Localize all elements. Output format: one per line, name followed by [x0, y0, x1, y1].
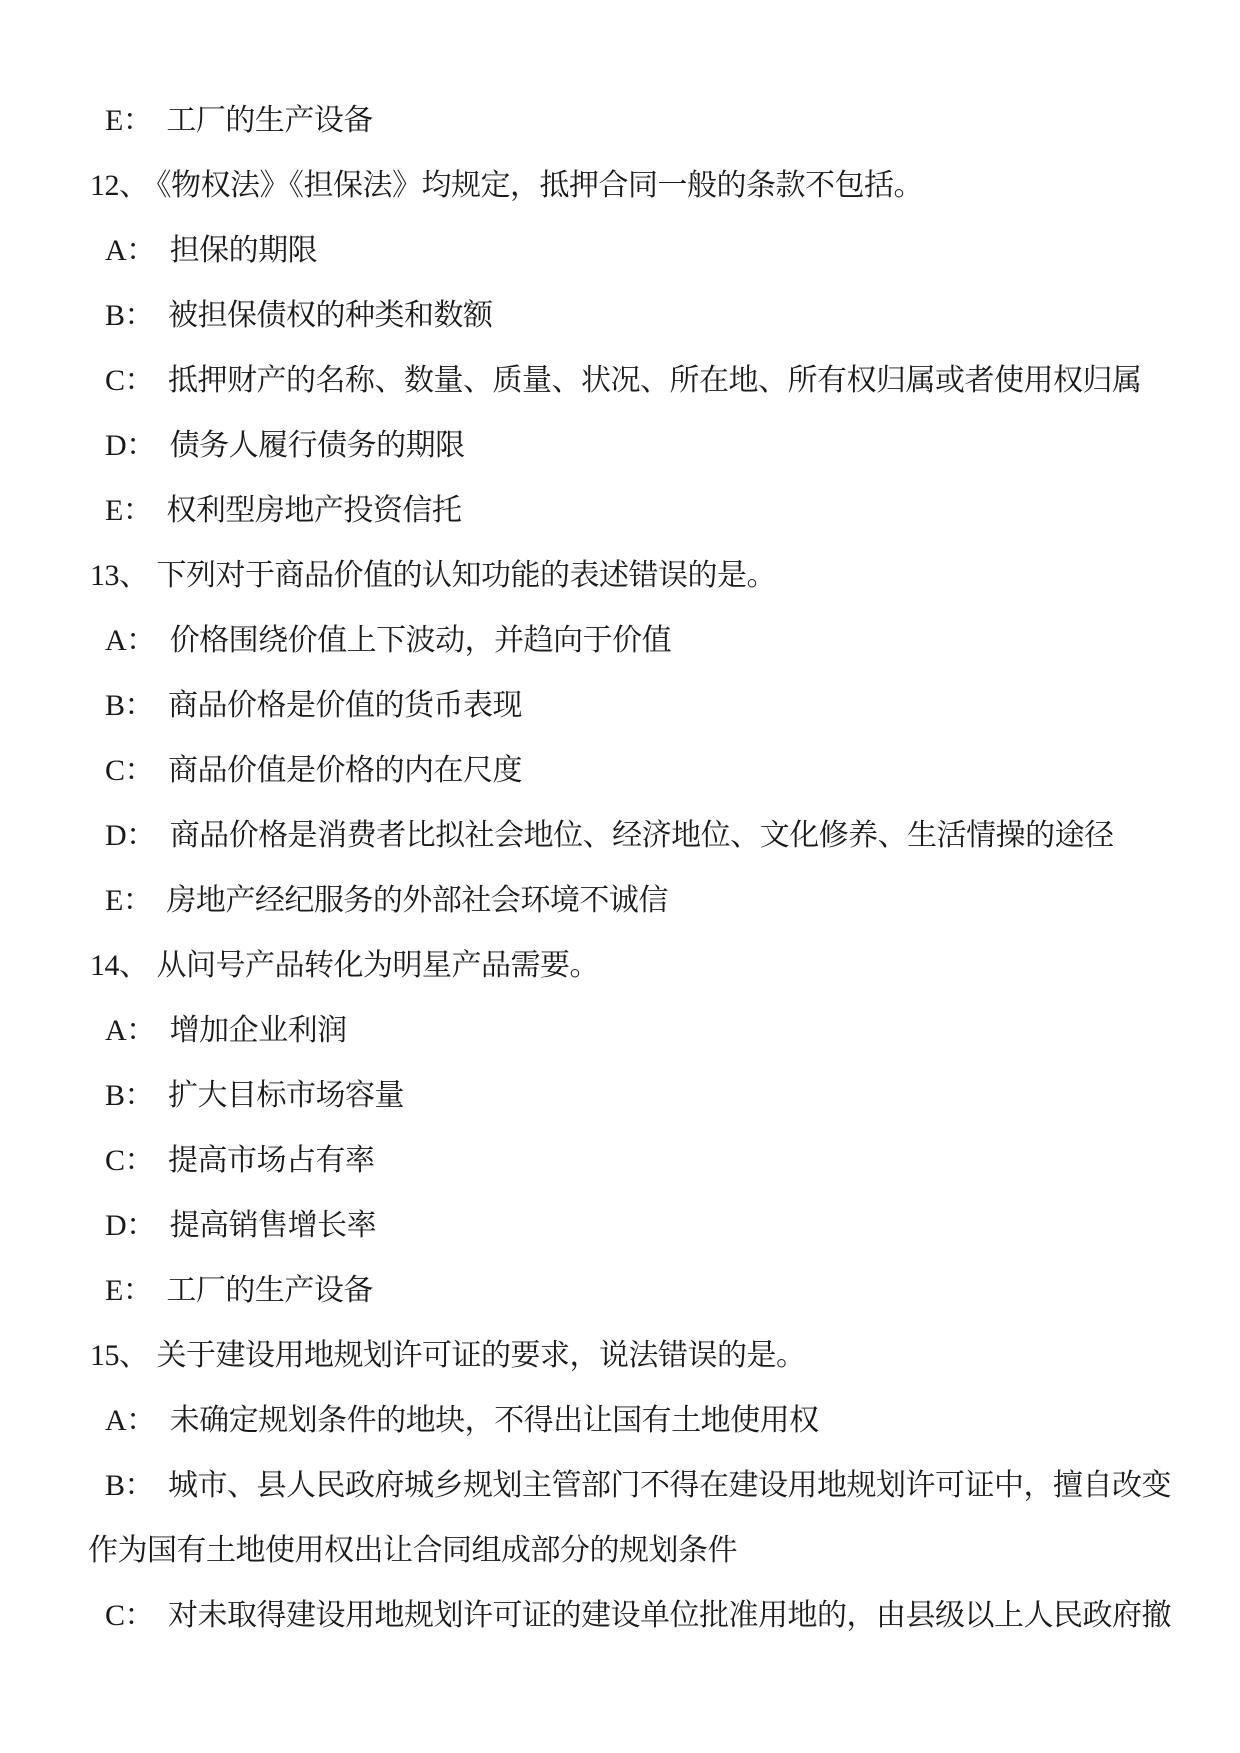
option-letter: C：: [105, 754, 154, 787]
question-line: 12、《物权法》《担保法》均规定，抵押合同一般的条款不包括。: [0, 153, 1240, 218]
option-letter: C：: [105, 364, 154, 397]
line-text: 商品价格是消费者比拟社会地位、经济地位、文化修养、生活情操的途径: [170, 819, 1114, 852]
option-line: C：对未取得建设用地规划许可证的建设单位批准用地的，由县级以上人民政府撤: [0, 1583, 1240, 1648]
line-text: 担保的期限: [170, 234, 318, 267]
question-number: 14、: [90, 949, 149, 982]
line-text: 提高市场占有率: [168, 1144, 375, 1177]
option-letter: A：: [105, 624, 156, 657]
option-letter: E：: [105, 884, 152, 917]
option-letter: B：: [105, 1079, 154, 1112]
option-letter: C：: [105, 1599, 154, 1632]
option-line: B：商品价格是价值的货币表现: [0, 673, 1240, 738]
option-letter: A：: [105, 1404, 156, 1437]
option-letter: B：: [105, 689, 154, 722]
line-text: 城市、县人民政府城乡规划主管部门不得在建设用地规划许可证中，擅自改变: [168, 1469, 1171, 1502]
option-line: D：债务人履行债务的期限: [0, 413, 1240, 478]
option-line: E：工厂的生产设备: [0, 88, 1240, 153]
option-letter: E：: [105, 1274, 152, 1307]
option-letter: D：: [105, 1209, 156, 1242]
line-text: 工厂的生产设备: [166, 104, 373, 137]
line-text: 增加企业利润: [170, 1014, 347, 1047]
continuation-line: 作为国有土地使用权出让合同组成部分的规划条件: [0, 1518, 1240, 1583]
option-line: B：被担保债权的种类和数额: [0, 283, 1240, 348]
option-line: A：担保的期限: [0, 218, 1240, 283]
option-letter: B：: [105, 1469, 154, 1502]
option-letter: A：: [105, 1014, 156, 1047]
line-text: 扩大目标市场容量: [168, 1079, 404, 1112]
option-letter: E：: [105, 104, 152, 137]
line-text: 工厂的生产设备: [166, 1274, 373, 1307]
option-line: D：商品价格是消费者比拟社会地位、经济地位、文化修养、生活情操的途径: [0, 803, 1240, 868]
text-lines-container: E：工厂的生产设备12、《物权法》《担保法》均规定，抵押合同一般的条款不包括。A…: [0, 88, 1240, 1648]
line-text: 被担保债权的种类和数额: [168, 299, 493, 332]
line-text: 关于建设用地规划许可证的要求，说法错误的是。: [157, 1339, 806, 1372]
line-text: 从问号产品转化为明星产品需要。: [157, 949, 600, 982]
option-line: C：提高市场占有率: [0, 1128, 1240, 1193]
option-line: A：增加企业利润: [0, 998, 1240, 1063]
line-text: 商品价格是价值的货币表现: [168, 689, 522, 722]
option-letter: D：: [105, 819, 156, 852]
option-letter: D：: [105, 429, 156, 462]
option-line: B：城市、县人民政府城乡规划主管部门不得在建设用地规划许可证中，擅自改变: [0, 1453, 1240, 1518]
line-text: 权利型房地产投资信托: [166, 494, 461, 527]
option-line: A：价格围绕价值上下波动，并趋向于价值: [0, 608, 1240, 673]
line-text: 价格围绕价值上下波动，并趋向于价值: [170, 624, 672, 657]
line-text: 抵押财产的名称、数量、质量、状况、所在地、所有权归属或者使用权归属: [168, 364, 1142, 397]
option-letter: B：: [105, 299, 154, 332]
question-number: 15、: [90, 1339, 149, 1372]
line-text: 作为国有土地使用权出让合同组成部分的规划条件: [88, 1534, 737, 1567]
question-number: 12、: [90, 169, 149, 202]
option-line: A：未确定规划条件的地块，不得出让国有土地使用权: [0, 1388, 1240, 1453]
option-line: E：房地产经纪服务的外部社会环境不诚信: [0, 868, 1240, 933]
option-line: E：工厂的生产设备: [0, 1258, 1240, 1323]
option-line: C：抵押财产的名称、数量、质量、状况、所在地、所有权归属或者使用权归属: [0, 348, 1240, 413]
question-number: 13、: [90, 559, 149, 592]
question-line: 15、关于建设用地规划许可证的要求，说法错误的是。: [0, 1323, 1240, 1388]
line-text: 未确定规划条件的地块，不得出让国有土地使用权: [170, 1404, 819, 1437]
question-line: 13、下列对于商品价值的认知功能的表述错误的是。: [0, 543, 1240, 608]
option-line: D：提高销售增长率: [0, 1193, 1240, 1258]
line-text: 债务人履行债务的期限: [170, 429, 465, 462]
document-page: E：工厂的生产设备12、《物权法》《担保法》均规定，抵押合同一般的条款不包括。A…: [0, 0, 1240, 1753]
line-text: 商品价值是价格的内在尺度: [168, 754, 522, 787]
line-text: 下列对于商品价值的认知功能的表述错误的是。: [157, 559, 777, 592]
line-text: 对未取得建设用地规划许可证的建设单位批准用地的，由县级以上人民政府撤: [168, 1599, 1171, 1632]
question-line: 14、从问号产品转化为明星产品需要。: [0, 933, 1240, 998]
option-letter: A：: [105, 234, 156, 267]
option-letter: C：: [105, 1144, 154, 1177]
option-letter: E：: [105, 494, 152, 527]
line-text: 提高销售增长率: [170, 1209, 377, 1242]
line-text: 《物权法》《担保法》均规定，抵押合同一般的条款不包括。: [157, 169, 924, 202]
line-text: 房地产经纪服务的外部社会环境不诚信: [166, 884, 668, 917]
option-line: C：商品价值是价格的内在尺度: [0, 738, 1240, 803]
option-line: B：扩大目标市场容量: [0, 1063, 1240, 1128]
option-line: E：权利型房地产投资信托: [0, 478, 1240, 543]
